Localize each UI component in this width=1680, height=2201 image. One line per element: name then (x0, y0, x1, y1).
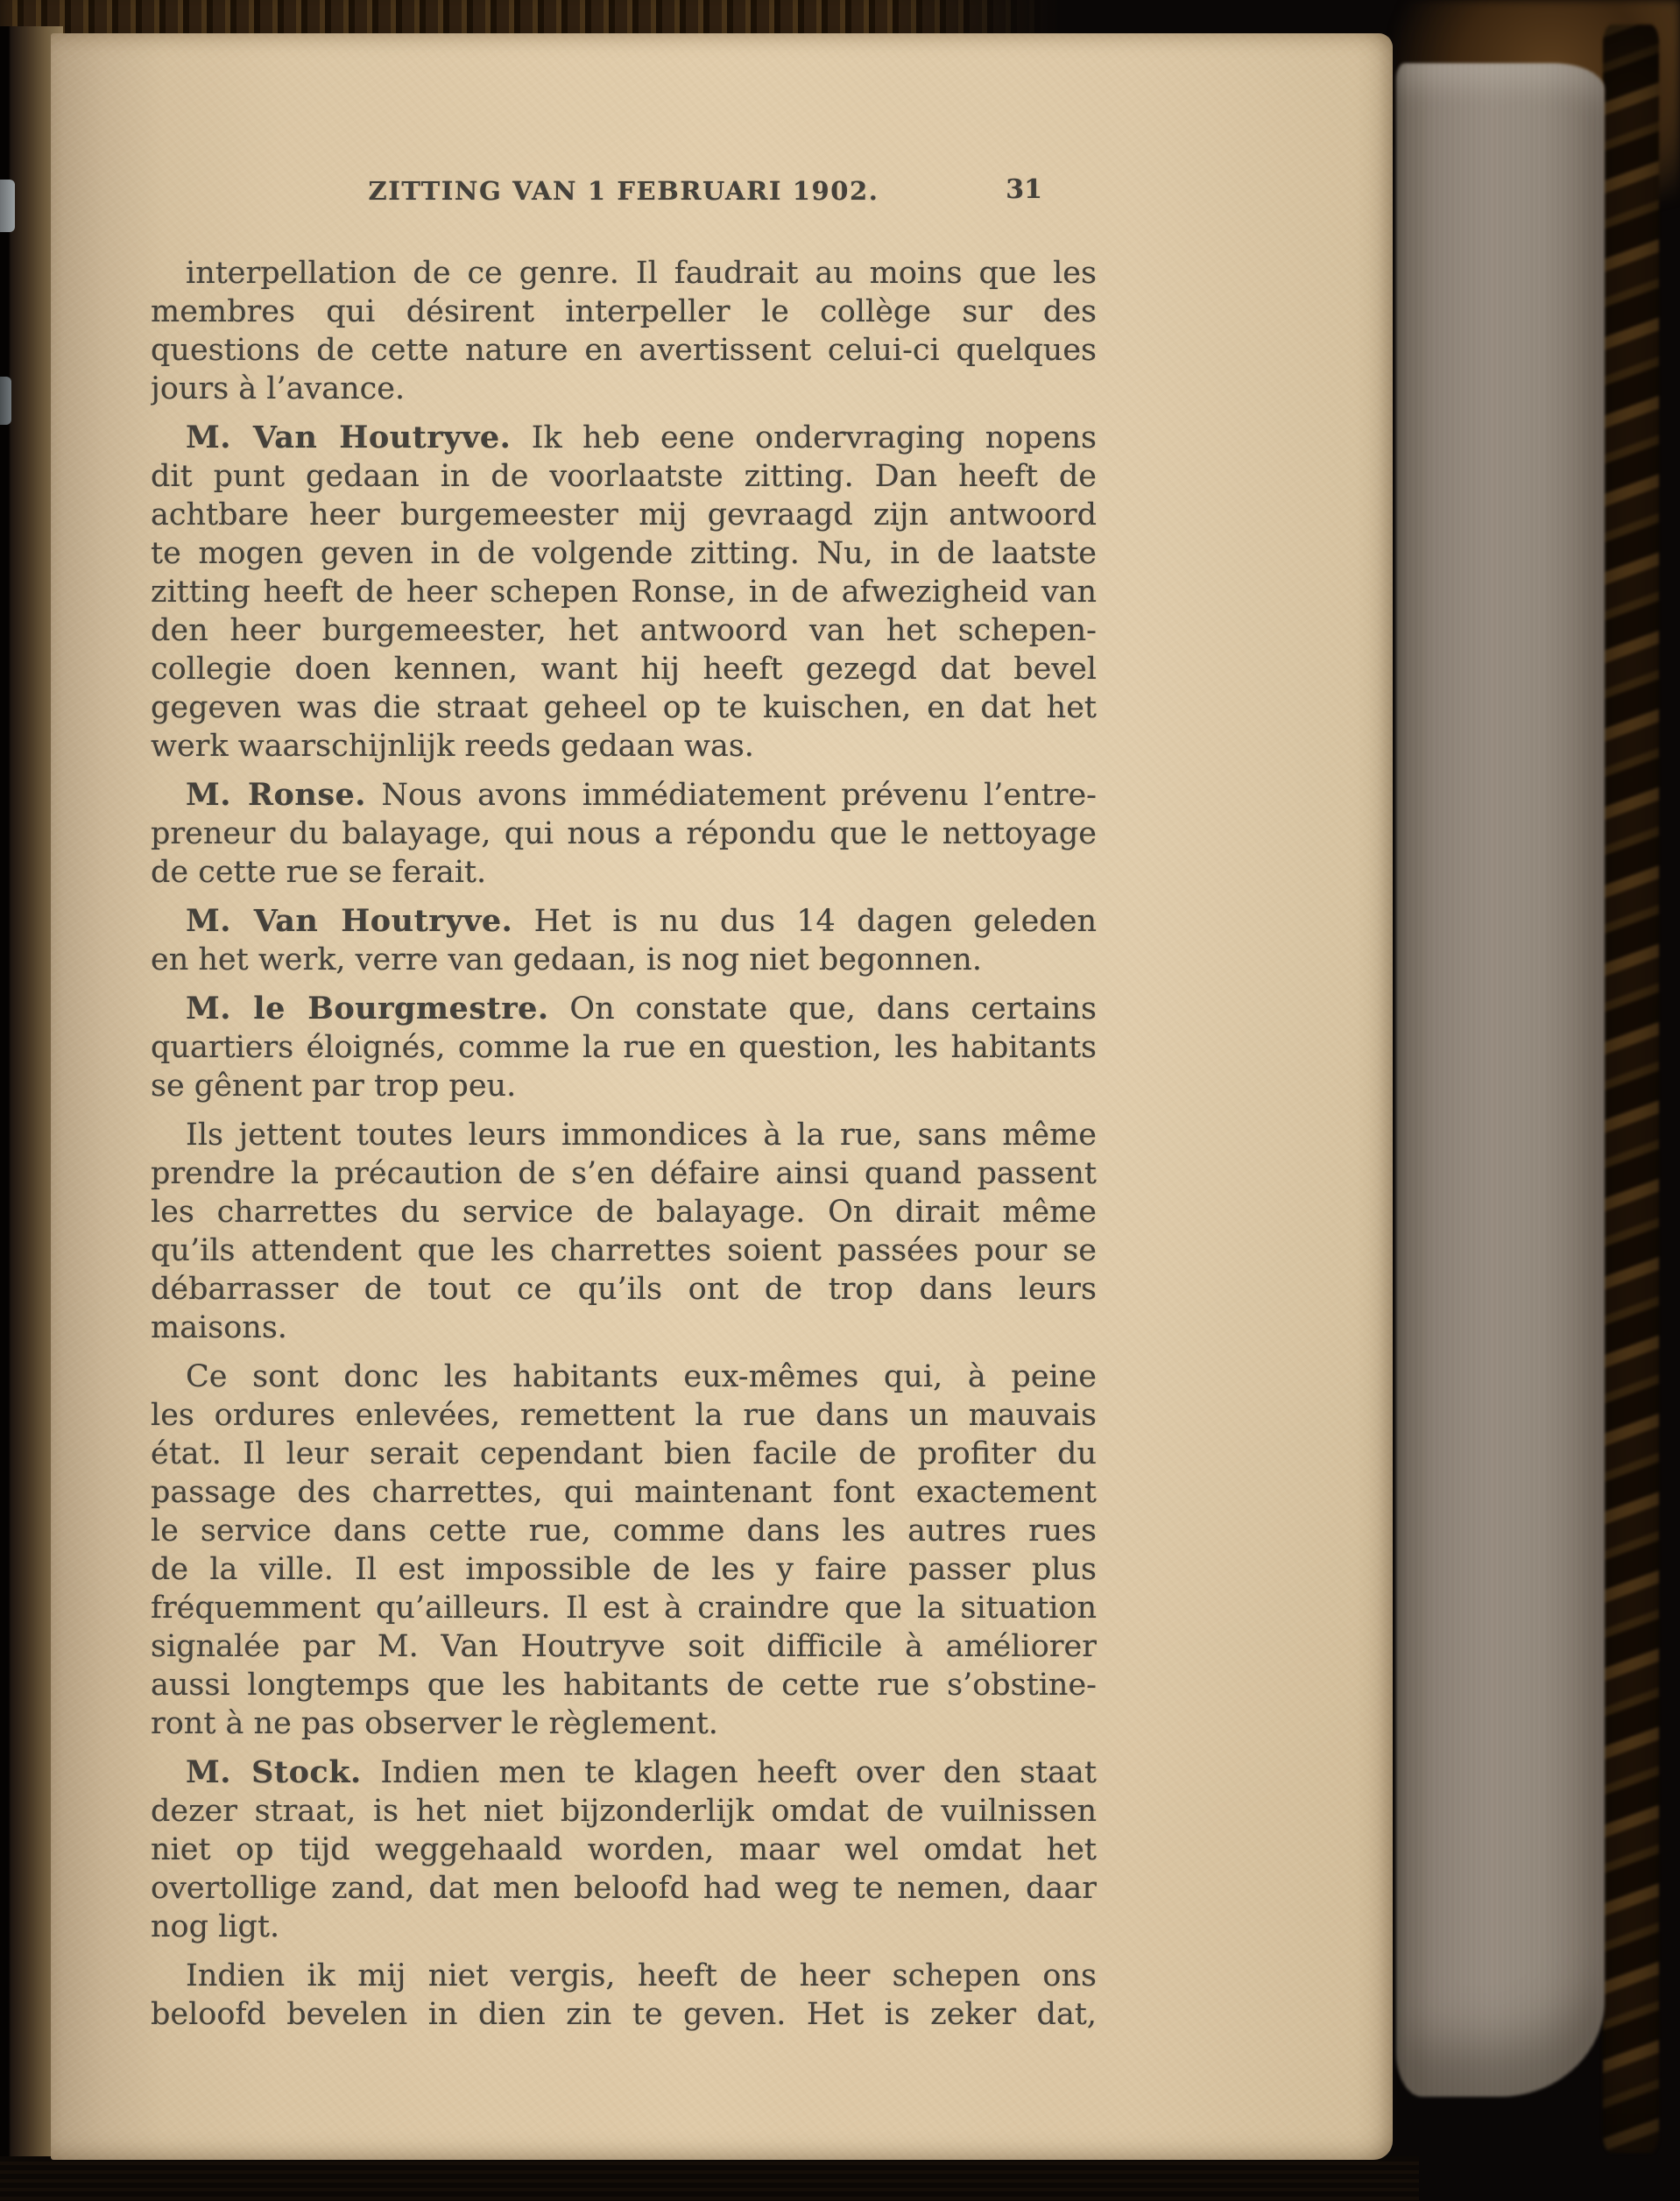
text-line: zitting heeft de heer schepen Ronse, in … (151, 573, 1097, 611)
paragraph: M. Ronse. Nous avons immédiatement préve… (151, 776, 1097, 892)
text-line: de la ville. Il est impossible de les y … (151, 1550, 1097, 1589)
running-header: ZITTING VAN 1 FEBRUARI 1902. 31 (151, 176, 1097, 216)
text-line: se gênent par trop peu. (151, 1067, 1097, 1105)
text-line: interpellation de ce genre. Il faudrait … (151, 254, 1097, 293)
text-line: les ordures enlevées, remettent la rue d… (151, 1396, 1097, 1435)
text-line: qu’ils attendent que les charrettes soie… (151, 1231, 1097, 1270)
paragraph: M. Van Houtryve. Het is nu dus 14 dagen … (151, 902, 1097, 979)
text-line: passage des charrettes, qui maintenant f… (151, 1473, 1097, 1512)
book-bottom-board (0, 2156, 1419, 2201)
text-line: M. Stock. Indien men te klagen heeft ove… (151, 1753, 1097, 1792)
text-line: den heer burgemeester, het antwoord van … (151, 611, 1097, 650)
page-title: ZITTING VAN 1 FEBRUARI 1902. (151, 176, 1097, 206)
text-line: nog ligt. (151, 1908, 1097, 1946)
text-line: M. Van Houtryve. Ik heb eene ondervragin… (151, 419, 1097, 457)
text-block: interpellation de ce genre. Il faudrait … (151, 254, 1097, 2044)
text-line: dezer straat, is het niet bijzonderlijk … (151, 1792, 1097, 1831)
text-line: niet op tijd weggehaald worden, maar wel… (151, 1831, 1097, 1869)
edge-mark (0, 180, 15, 232)
text-line: te mogen geven in de volgende zitting. N… (151, 534, 1097, 573)
text-line: état. Il leur serait cependant bien faci… (151, 1435, 1097, 1473)
paragraph: M. Stock. Indien men te klagen heeft ove… (151, 1753, 1097, 1946)
speaker-name: M. Van Houtryve. (186, 420, 511, 455)
speaker-name: M. Stock. (186, 1754, 362, 1790)
text-line: overtollige zand, dat men beloofd had we… (151, 1869, 1097, 1908)
book-scan-scene: ZITTING VAN 1 FEBRUARI 1902. 31 interpel… (0, 0, 1680, 2201)
text-line: questions de cette nature en avertissent… (151, 331, 1097, 370)
text-line: débarrasser de tout ce qu’ils ont de tro… (151, 1270, 1097, 1309)
paragraph: M. le Bourgmestre. On constate que, dans… (151, 990, 1097, 1105)
text-line: Indien ik mij niet vergis, heeft de heer… (151, 1957, 1097, 1995)
text-line: M. Van Houtryve. Het is nu dus 14 dagen … (151, 902, 1097, 941)
speaker-name: M. le Bourgmestre. (186, 991, 549, 1026)
text-line: quartiers éloignés, comme la rue en ques… (151, 1028, 1097, 1067)
text-line: signalée par M. Van Houtryve soit diffic… (151, 1627, 1097, 1666)
text-line: les charrettes du service de balayage. O… (151, 1193, 1097, 1231)
paragraph: Indien ik mij niet vergis, heeft de heer… (151, 1957, 1097, 2034)
text-line: en het werk, verre van gedaan, is nog ni… (151, 941, 1097, 979)
paragraph: Ils jettent toutes leurs immondices à la… (151, 1116, 1097, 1347)
book-cover-marbled-edge (1603, 25, 1659, 2153)
text-line: dit punt gedaan in de voorlaatste zittin… (151, 457, 1097, 496)
text-line: collegie doen kennen, want hij heeft gez… (151, 650, 1097, 688)
speaker-name: M. Ronse. (186, 777, 366, 813)
text-line: preneur du balayage, qui nous a répondu … (151, 815, 1097, 853)
text-line: gegeven was die straat geheel op te kuis… (151, 688, 1097, 727)
speaker-name: M. Van Houtryve. (186, 903, 512, 939)
paragraph: Ce sont donc les habitants eux-mêmes qui… (151, 1358, 1097, 1743)
page-fore-edge-stack (1396, 63, 1605, 2097)
text-line: achtbare heer burgemeester mij gevraagd … (151, 496, 1097, 534)
text-line: maisons. (151, 1309, 1097, 1347)
text-line: fréquemment qu’ailleurs. Il est à craind… (151, 1589, 1097, 1627)
text-line: le service dans cette rue, comme dans le… (151, 1512, 1097, 1550)
paragraph: M. Van Houtryve. Ik heb eene ondervragin… (151, 419, 1097, 765)
text-line: beloofd bevelen in dien zin te geven. He… (151, 1995, 1097, 2034)
text-line: jours à l’avance. (151, 370, 1097, 408)
text-line: ront à ne pas observer le règlement. (151, 1704, 1097, 1743)
paragraph: interpellation de ce genre. Il faudrait … (151, 254, 1097, 408)
text-line: M. le Bourgmestre. On constate que, dans… (151, 990, 1097, 1028)
text-line: werk waarschijnlijk reeds gedaan was. (151, 727, 1097, 765)
text-line: prendre la précaution de s’en défaire ai… (151, 1154, 1097, 1193)
edge-mark (0, 377, 11, 425)
text-line: aussi longtemps que les habitants de cet… (151, 1666, 1097, 1704)
text-line: Ce sont donc les habitants eux-mêmes qui… (151, 1358, 1097, 1396)
text-line: de cette rue se ferait. (151, 853, 1097, 892)
book-page: ZITTING VAN 1 FEBRUARI 1902. 31 interpel… (51, 33, 1393, 2160)
text-line: M. Ronse. Nous avons immédiatement préve… (151, 776, 1097, 815)
page-number: 31 (1006, 174, 1042, 205)
text-line: Ils jettent toutes leurs immondices à la… (151, 1116, 1097, 1154)
text-line: membres qui désirent interpeller le coll… (151, 293, 1097, 331)
